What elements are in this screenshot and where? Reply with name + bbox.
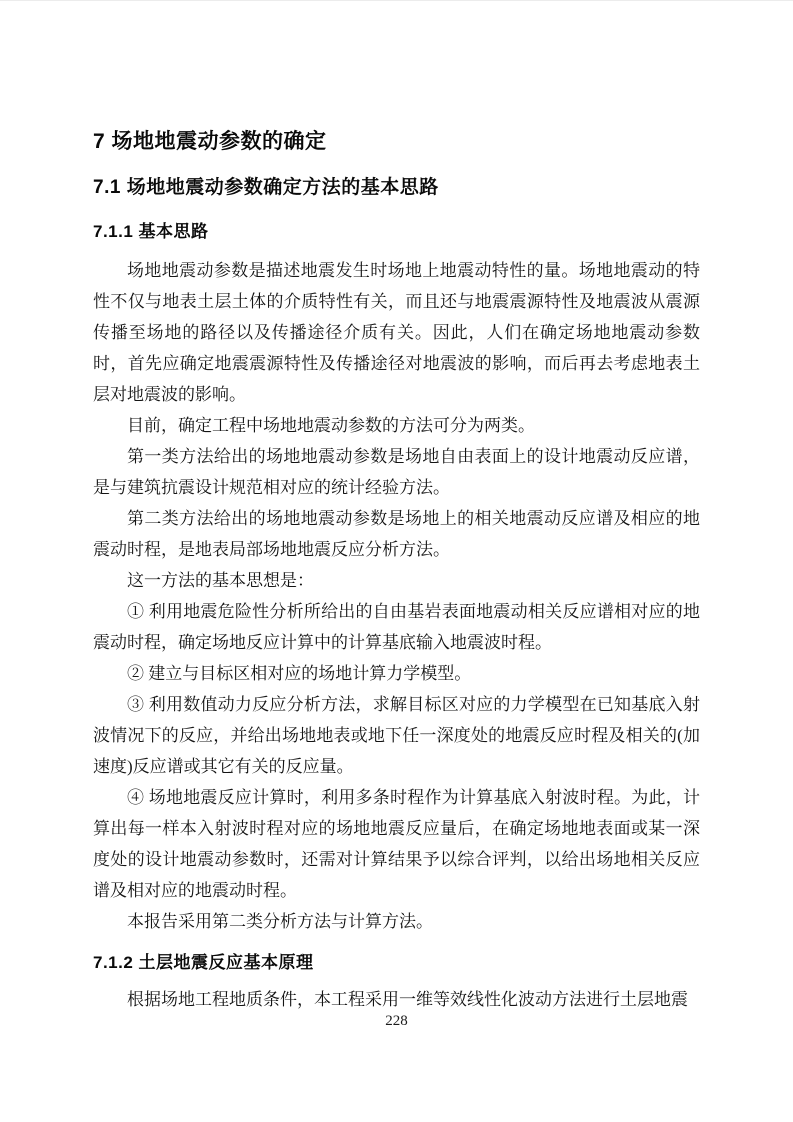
chapter-heading: 7 场地地震动参数的确定 [93, 128, 700, 155]
document-page: 7 场地地震动参数的确定 7.1 场地地震动参数确定方法的基本思路 7.1.1 … [0, 0, 793, 1122]
page-content: 7 场地地震动参数的确定 7.1 场地地震动参数确定方法的基本思路 7.1.1 … [0, 1, 793, 1015]
paragraph: 场地地震动参数是描述地震发生时场地上地震动特性的量。场地地震动的特性不仅与地表土… [93, 255, 700, 410]
paragraph: 第一类方法给出的场地地震动参数是场地自由表面上的设计地震动反应谱，是与建筑抗震设… [93, 441, 700, 503]
page-number: 228 [385, 1013, 408, 1029]
paragraph: 第二类方法给出的场地地震动参数是场地上的相关地震动反应谱及相应的地震动时程，是地… [93, 503, 700, 565]
subsection-heading-711: 7.1.1 基本思路 [93, 220, 700, 243]
paragraph: 根据场地工程地质条件，本工程采用一维等效线性化波动方法进行土层地震 [93, 984, 700, 1015]
list-item-2: ② 建立与目标区相对应的场地计算力学模型。 [93, 658, 700, 689]
list-item-1: ① 利用地震危险性分析所给出的自由基岩表面地震动相关反应谱相对应的地震动时程，确… [93, 596, 700, 658]
section-body: 场地地震动参数是描述地震发生时场地上地震动特性的量。场地地震动的特性不仅与地表土… [93, 255, 700, 937]
paragraph: 这一方法的基本思想是： [93, 565, 700, 596]
subsection-heading-712: 7.1.2 土层地震反应基本原理 [93, 951, 700, 974]
list-item-3: ③ 利用数值动力反应分析方法，求解目标区对应的力学模型在已知基底入射波情况下的反… [93, 689, 700, 782]
section-body: 根据场地工程地质条件，本工程采用一维等效线性化波动方法进行土层地震 [93, 984, 700, 1015]
paragraph: 本报告采用第二类分析方法与计算方法。 [93, 906, 700, 937]
section-heading: 7.1 场地地震动参数确定方法的基本思路 [93, 175, 700, 200]
page-footer: 228 [0, 1012, 793, 1030]
list-item-4: ④ 场地地震反应计算时，利用多条时程作为计算基底入射波时程。为此，计算出每一样本… [93, 782, 700, 906]
paragraph: 目前，确定工程中场地地震动参数的方法可分为两类。 [93, 410, 700, 441]
